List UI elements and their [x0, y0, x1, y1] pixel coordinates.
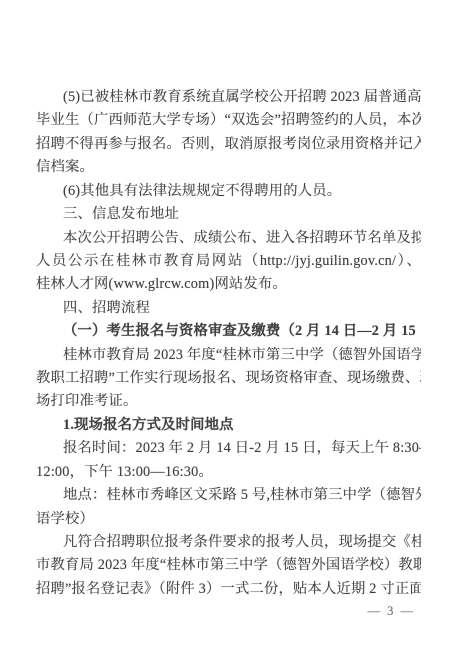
text-line: 12:00，下午 13:00—16:30。 — [36, 461, 421, 484]
page-number: — 3 — — [368, 603, 416, 620]
text-line: 地点：桂林市秀峰区文采路 5 号,桂林市第三中学（德智外国 — [36, 484, 421, 507]
text-line: 本次公开招聘公告、成绩公布、进入各招聘环节名单及拟聘 — [36, 227, 421, 250]
text-line: 1.现场报名方式及时间地点 — [36, 414, 421, 437]
document-page: (5)已被桂林市教育系统直属学校公开招聘 2023 届普通高校毕业生（广西师范大… — [0, 0, 473, 669]
text-line: 四、招聘流程 — [36, 297, 421, 320]
text-line: 报名时间：2023 年 2 月 14 日-2 月 15 日，每天上午 8:30— — [36, 437, 421, 460]
document-body: (5)已被桂林市教育系统直属学校公开招聘 2023 届普通高校毕业生（广西师范大… — [36, 86, 421, 601]
text-line: 语学校） — [36, 508, 421, 531]
text-line: 场打印准考证。 — [36, 390, 421, 413]
text-line: 凡符合招聘职位报考条件要求的报考人员，现场提交《桂林 — [36, 531, 421, 554]
text-line: 毕业生（广西师范大学专场）“双选会”招聘签约的人员，本次 — [36, 109, 421, 132]
text-line: 招聘”报名登记表》（附件 3）一式二份，贴本人近期 2 寸正面 — [36, 578, 421, 601]
text-line: 教职工招聘”工作实行现场报名、现场资格审查、现场缴费、现 — [36, 367, 421, 390]
text-line: （一）考生报名与资格审查及缴费（2 月 14 日—2 月 15 日） — [36, 320, 421, 343]
text-line: 人员公示在桂林市教育局网站（http://jyj.guilin.gov.cn/）… — [36, 250, 421, 273]
text-line: 桂林人才网(www.glrcw.com)网站发布。 — [36, 273, 421, 296]
text-line: 信档案。 — [36, 156, 421, 179]
text-line: 三、信息发布地址 — [36, 203, 421, 226]
text-line: 市教育局 2023 年度“桂林市第三中学（德智外国语学校）教职工 — [36, 554, 421, 577]
text-line: 桂林市教育局 2023 年度“桂林市第三中学（德智外国语学校） — [36, 344, 421, 367]
text-line: (5)已被桂林市教育系统直属学校公开招聘 2023 届普通高校 — [36, 86, 421, 109]
text-line: 招聘不得再参与报名。否则，取消原报考岗位录用资格并记入诚 — [36, 133, 421, 156]
text-line: (6)其他具有法律法规规定不得聘用的人员。 — [36, 180, 421, 203]
